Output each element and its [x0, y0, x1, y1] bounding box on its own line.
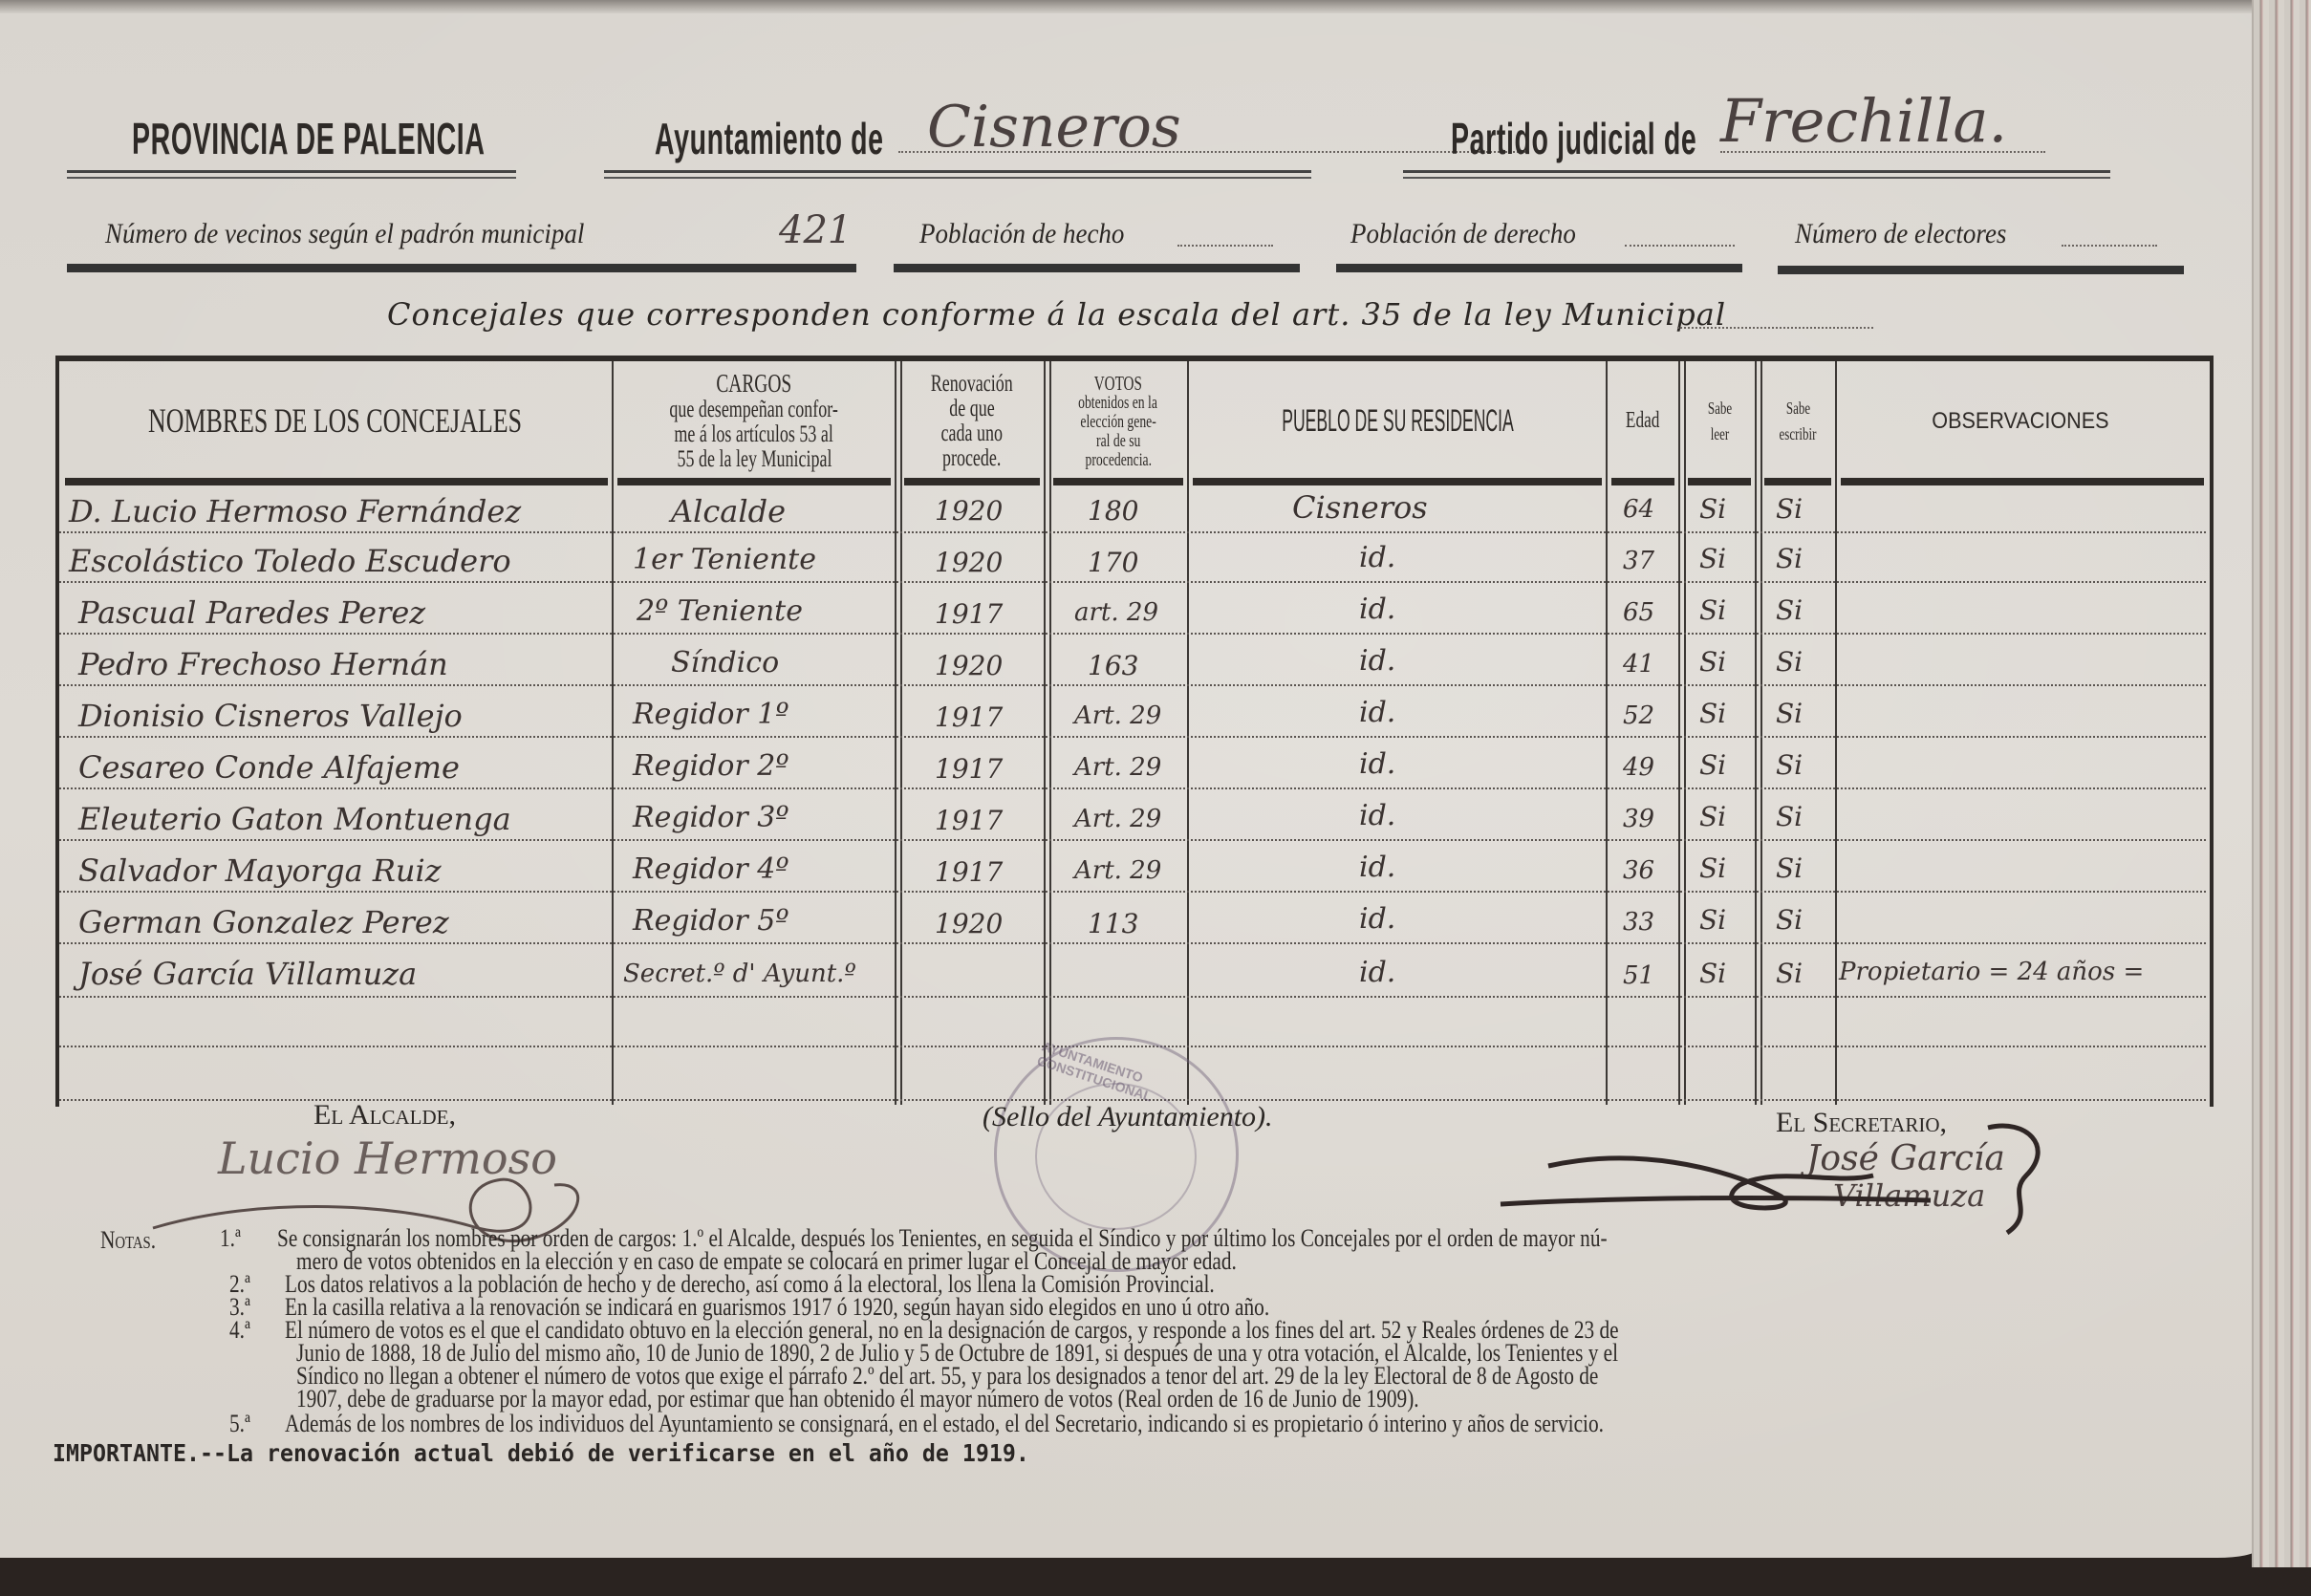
document-page: PROVINCIA DE PALENCIA Ayuntamiento de Ci…: [0, 0, 2256, 1558]
note-line: 1907, debe de graduarse por la mayor eda…: [296, 1388, 1419, 1411]
important-notice: IMPORTANTE.--La renovación actual debió …: [53, 1439, 1029, 1467]
notes-section: Notas. 1.ª Se consignarán los nombres po…: [0, 0, 2256, 1558]
notes-label: Notas.: [100, 1229, 156, 1252]
note-line: Además de los nombres de los individuos …: [285, 1413, 1604, 1435]
note-number: 1.ª: [220, 1227, 241, 1250]
note-number: 5.ª: [229, 1413, 250, 1435]
page-stack-edge: [2252, 0, 2311, 1567]
note-number: 4.ª: [229, 1319, 250, 1342]
